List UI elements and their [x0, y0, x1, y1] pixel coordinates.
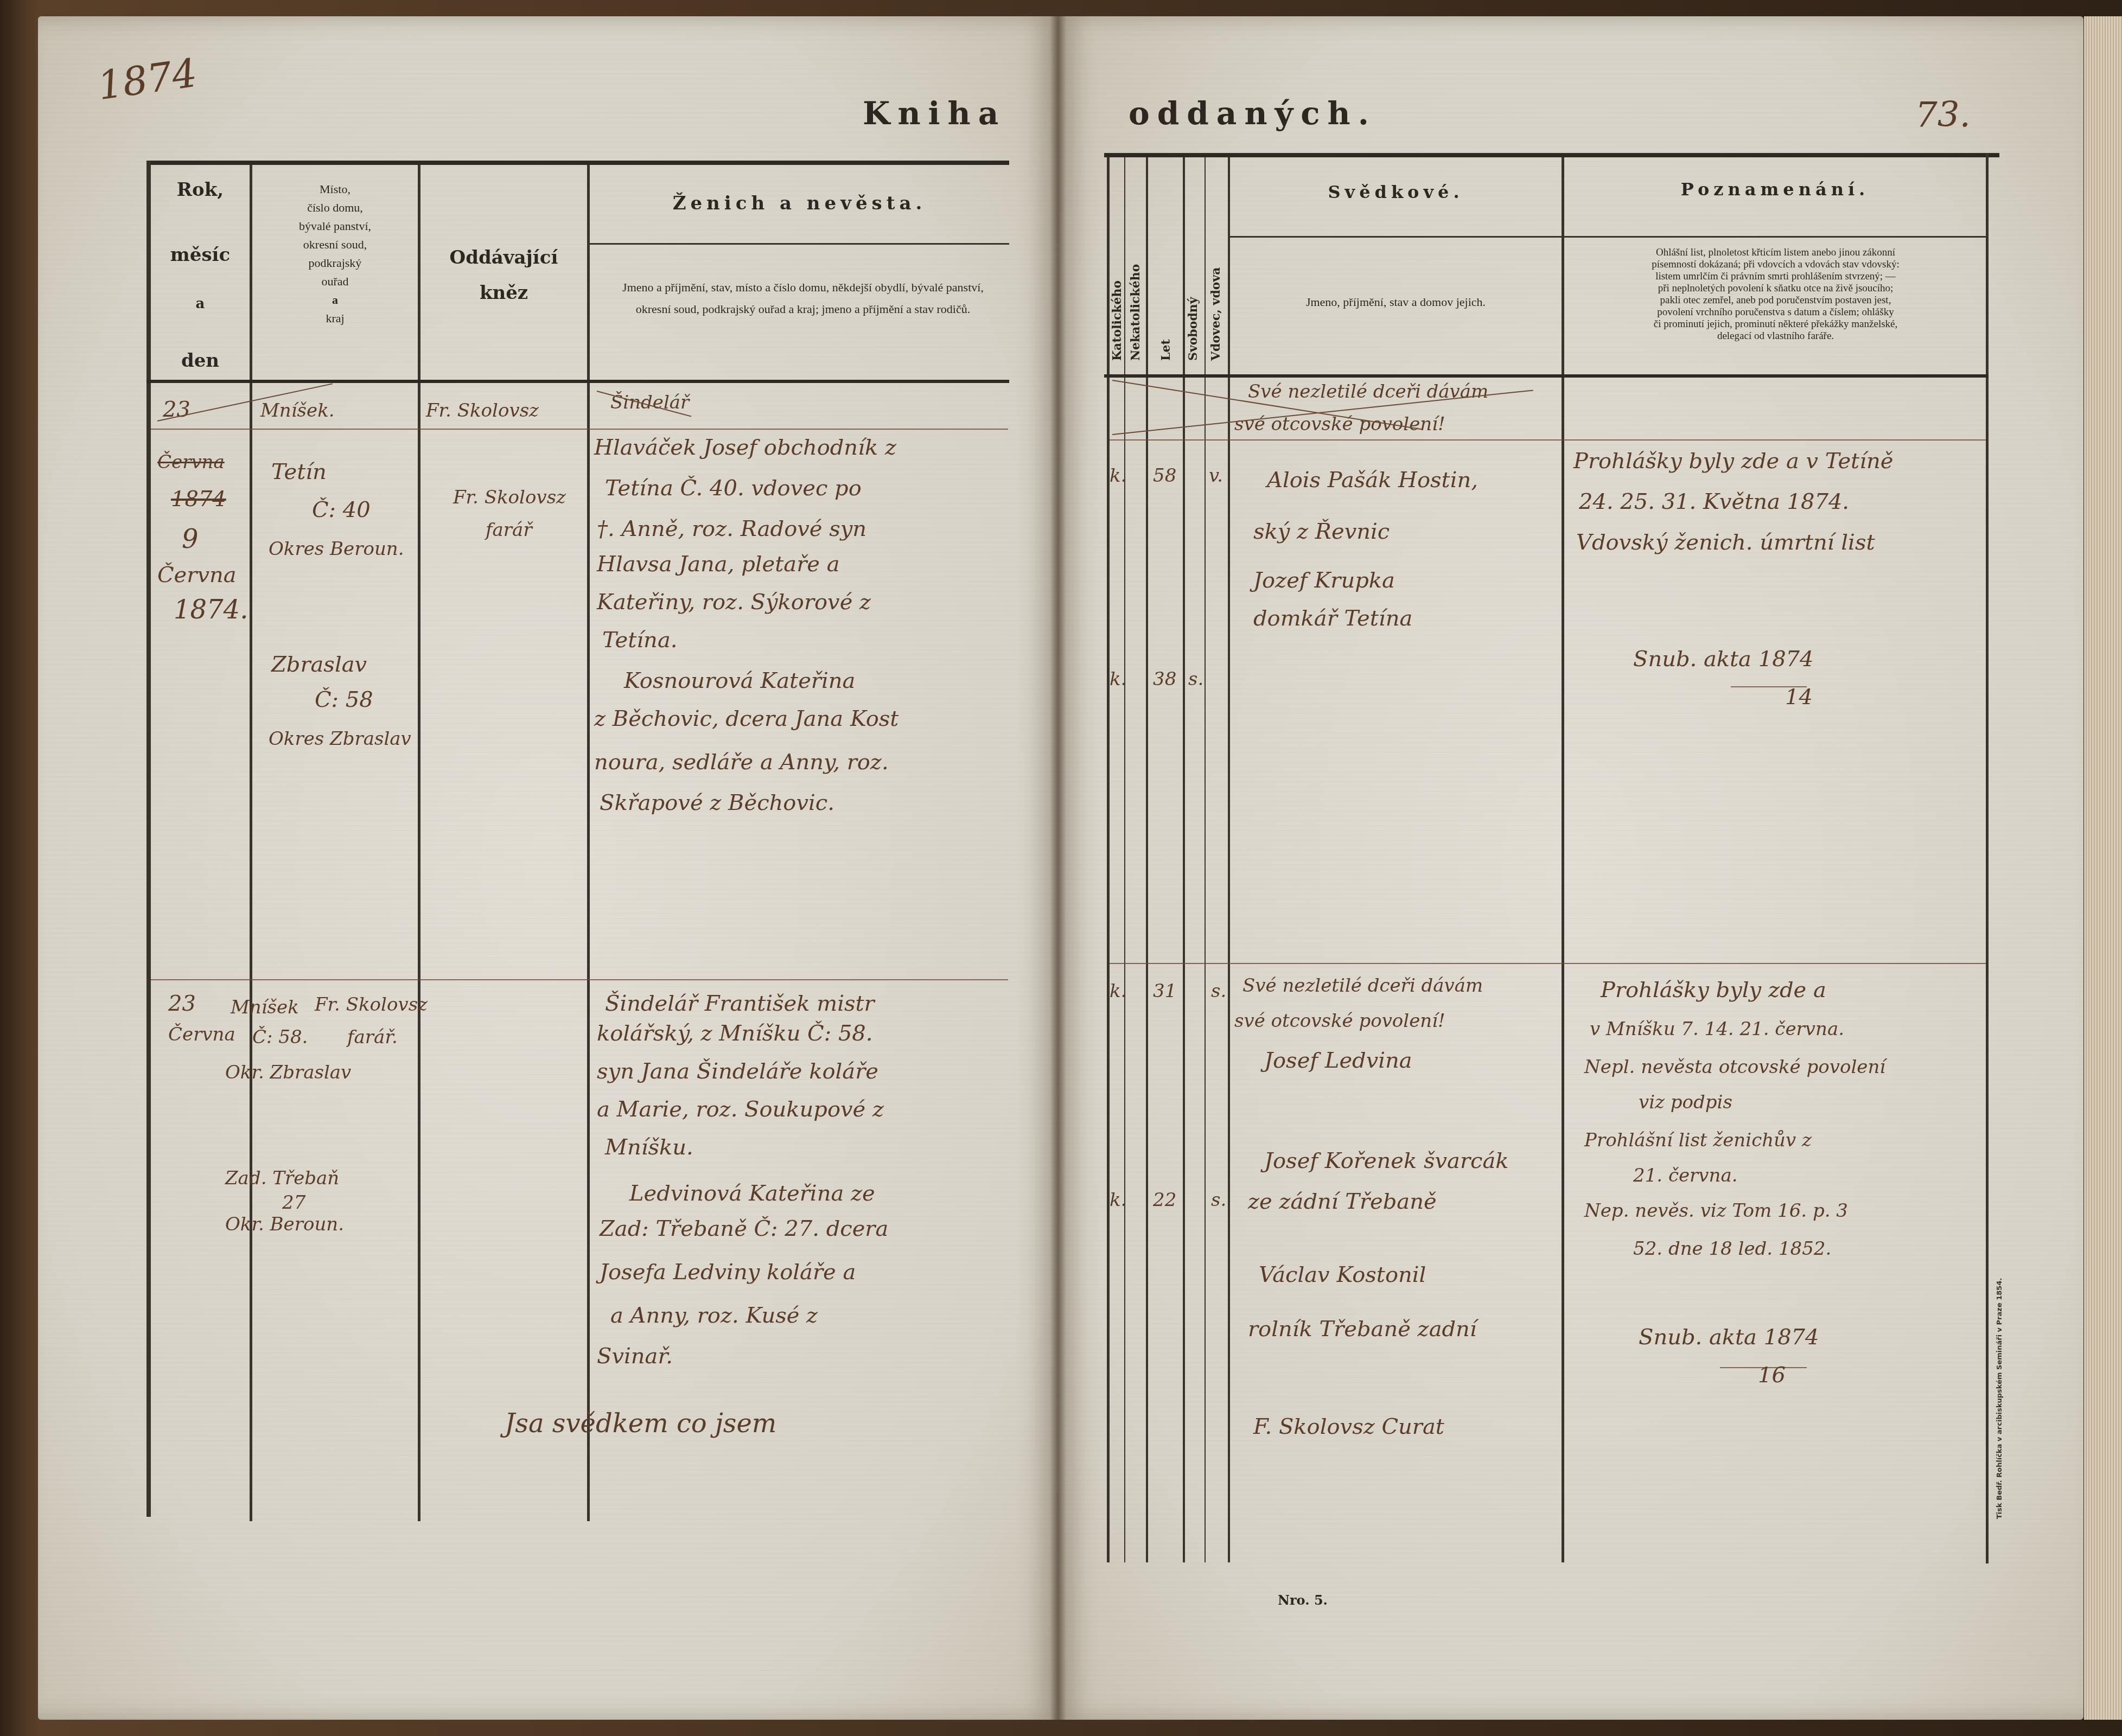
cancelled-row-rule-right: [1110, 439, 1986, 441]
record2-priest-name: Fr. Skolovsz: [315, 995, 428, 1014]
record-divider-right: [1110, 963, 1986, 964]
note-line: Nep. nevěs. viz Tom 16. p. 3: [1584, 1202, 1848, 1220]
registry-reference: Snub. akta 1874: [1639, 1326, 1819, 1348]
header-katolickeho: Katolického: [1110, 280, 1124, 361]
col-divider: [1562, 157, 1564, 1562]
groom-text-line: Mníšku.: [605, 1137, 693, 1158]
header-vdovec-vdova: Vdovec, vdova: [1209, 267, 1223, 361]
record-divider: [151, 979, 1008, 980]
record2-groom-district: Okr. Zbraslav: [225, 1063, 351, 1082]
record1-priest-name: Fr. Skolovsz: [453, 488, 566, 507]
registry-number: 16: [1758, 1364, 1786, 1386]
header-den: den: [151, 350, 250, 372]
record1-priest-title: farář: [486, 521, 532, 539]
record1-struck-year: 1874: [171, 488, 226, 510]
groom-text-line: Tetína Č. 40. vdovec po: [605, 477, 862, 499]
header-misto: Místo, číslo domu, bývalé panství, okres…: [252, 180, 418, 328]
bride-text-line: Kosnourová Kateřina: [624, 670, 855, 692]
col-divider: [250, 165, 252, 1521]
note-line: 52. dne 18 led. 1852.: [1633, 1240, 1831, 1258]
record2-groom-house: Č: 58.: [252, 1028, 308, 1046]
header-let: Let: [1159, 339, 1173, 361]
header-misto-line: bývalé panství,: [252, 217, 418, 235]
record2-bride-status: s.: [1211, 1191, 1226, 1209]
note-line: viz podpis: [1639, 1093, 1732, 1112]
witness-line: rolník Třebaně zadní: [1248, 1318, 1477, 1340]
header-svedkove-subtitle: Jmeno, příjmění, stav a domov jejich.: [1230, 293, 1562, 311]
record1-bride-village: Zbraslav: [271, 654, 367, 675]
record2-signature-note: Jsa svědkem co jsem: [505, 1410, 776, 1437]
bride-text-line: Skřapové z Běchovic.: [600, 792, 834, 814]
header-bottom-border-right: [1104, 374, 1989, 378]
title-right: oddaných.: [1129, 95, 1377, 132]
witness-line: své otcovské povolení!: [1234, 1012, 1445, 1030]
bride-text-line: noura, sedláře a Anny, roz.: [594, 751, 889, 773]
bride-text-line: Josefa Ledviny koláře a: [600, 1261, 856, 1283]
col-divider: [1107, 157, 1110, 1562]
table-top-border-right: [1104, 153, 1999, 157]
header-rok: Rok,: [151, 179, 250, 201]
header-mesic: měsíc: [151, 244, 250, 266]
note-line: Prohlášní list ženichův z: [1584, 1131, 1812, 1150]
title-left: Kniha: [863, 95, 1006, 132]
record2-groom-village: Mníšek: [231, 998, 299, 1017]
note-line: Vdovský ženich. úmrtní list: [1576, 532, 1875, 553]
table-right-border: [1986, 153, 1989, 1563]
header-misto-line: Místo,: [252, 180, 418, 199]
witness-line: ze zádní Třebaně: [1248, 1191, 1437, 1212]
page-edges: [2084, 16, 2122, 1720]
witness-line: Své nezletilé dceři dávám: [1242, 976, 1483, 995]
record1-year: 1874.: [174, 597, 248, 623]
record2-groom-age: 31: [1153, 982, 1176, 1000]
record2-bride-age: 22: [1153, 1191, 1176, 1209]
priest-signature: F. Skolovsz Curat: [1253, 1416, 1444, 1438]
record1-bride-house: Č: 58: [315, 689, 373, 711]
witness-line: ský z Řevnic: [1253, 521, 1390, 542]
record1-groom-village: Tetín: [271, 461, 327, 483]
header-knez: kněz: [420, 282, 587, 304]
header-misto-line: kraj: [252, 309, 418, 328]
note-line: 21. června.: [1633, 1166, 1737, 1185]
groom-text-line: Hlaváček Josef obchodník z: [594, 437, 896, 458]
cancelled-priest: Fr. Skolovsz: [426, 401, 539, 420]
header-misto-line: okresní soud,: [252, 235, 418, 254]
bride-text-line: Svinař.: [597, 1345, 673, 1367]
instruction-line: delegací od vlastního faráře.: [1571, 330, 1980, 342]
note-line: Nepl. nevěsta otcovské povolení: [1584, 1058, 1885, 1076]
record1-groom-house: Č: 40: [312, 499, 371, 521]
note-line: 24. 25. 31. Května 1874.: [1579, 491, 1849, 513]
witness-line: Jozef Krupka: [1253, 570, 1395, 591]
record1-day: 9: [182, 526, 199, 552]
bride-text-line: Ledvinová Kateřina ze: [629, 1183, 875, 1204]
header-misto-line: číslo domu,: [252, 199, 418, 217]
bride-text-line: z Běchovic, dcera Jana Kost: [594, 708, 898, 730]
instruction-line: povolení vrchního poručenstva s datum a …: [1571, 307, 1980, 318]
record2-bride-district: Okr. Beroun.: [225, 1215, 344, 1234]
groom-text-line: syn Jana Šindeláře koláře: [597, 1061, 878, 1082]
header-zenich-a-nevesta: Ženich a nevěsta.: [590, 193, 1009, 214]
left-page: [38, 16, 1058, 1720]
cancelled-row-rule: [151, 429, 1008, 430]
cancelled-groom: Šindelář: [610, 393, 689, 412]
book-gutter: [1050, 16, 1066, 1720]
witness-line: Josef Kořenek švarcák: [1264, 1150, 1509, 1172]
cancelled-place: Mníšek.: [260, 401, 335, 420]
record2-groom-religion: k.: [1110, 982, 1126, 1000]
groom-text-line: Tetína.: [602, 629, 677, 651]
record1-bride-district: Okres Zbraslav: [269, 730, 411, 748]
bride-text-line: Zad: Třebaně Č: 27. dcera: [600, 1218, 888, 1240]
record2-bride-village: Zad. Třebaň: [225, 1169, 339, 1188]
record1-groom-religion: k.: [1110, 467, 1126, 485]
printer-imprint: Tisk Bedř. Rohlíčka v arcibiskupském Sem…: [1996, 1278, 2004, 1519]
header-poznamenani: Poznamenání.: [1564, 179, 1986, 200]
instruction-line: pakli otec zemřel, aneb pod poručenstvím…: [1571, 295, 1980, 307]
registry-number: 14: [1785, 686, 1813, 708]
table-top-border: [146, 161, 1009, 165]
record2-day: 23: [168, 993, 196, 1014]
col-divider: [418, 165, 420, 1521]
header-svedkove: Svědkové.: [1230, 182, 1562, 202]
record2-groom-status: s.: [1211, 982, 1226, 1000]
record1-bride-status: s.: [1188, 670, 1203, 688]
instruction-line: listem umrlčím či právním smrti prohláše…: [1571, 271, 1980, 283]
record2-month: Června: [168, 1025, 235, 1044]
registry-reference: Snub. akta 1874: [1633, 648, 1813, 670]
record1-struck-month: Června: [157, 453, 225, 471]
header-svobodny: Svobodný: [1186, 297, 1200, 361]
note-line: v Mníšku 7. 14. 21. června.: [1590, 1020, 1844, 1038]
header-subrule: [589, 243, 1009, 245]
note-line: Prohlášky byly zde a: [1601, 979, 1826, 1001]
col-divider: [1124, 157, 1125, 1562]
record2-priest-title: farář.: [347, 1028, 398, 1046]
record1-groom-status: v.: [1209, 467, 1223, 485]
col-divider: [1205, 157, 1206, 1562]
col-divider: [1146, 157, 1148, 1562]
record2-bride-house: 27: [282, 1193, 305, 1212]
record1-groom-district: Okres Beroun.: [269, 540, 404, 558]
form-number: Nro. 5.: [1278, 1592, 1328, 1608]
header-bottom-border: [146, 380, 1009, 383]
header-zenich-subtitle: Jmeno a příjmění, stav, místo a číslo do…: [608, 277, 998, 320]
record1-month: Června: [157, 564, 237, 586]
instruction-line: při neplnoletých povolení k sňatku otce …: [1571, 283, 1980, 295]
page-number: 73.: [1915, 98, 1971, 132]
table-left-border: [146, 161, 151, 1517]
witness-line: Václav Kostonil: [1259, 1264, 1426, 1286]
instruction-line: písemností dokázaná; při vdovcích a vdov…: [1571, 259, 1980, 271]
groom-text-line: Kateřiny, roz. Sýkorové z: [597, 591, 871, 613]
instruction-line: či prominutí jejich, prominutí některé p…: [1571, 318, 1980, 330]
col-divider: [587, 165, 590, 1521]
header-nekatolickeho: Nekatolického: [1129, 264, 1143, 361]
header-misto-line: podkrajský: [252, 254, 418, 272]
col-divider: [1228, 157, 1230, 1562]
witness-line: Josef Ledvina: [1264, 1050, 1412, 1071]
note-line: Prohlášky byly zde a v Tetíně: [1573, 450, 1893, 472]
record1-groom-age: 58: [1153, 467, 1176, 485]
groom-text-line: †. Anně, roz. Radové syn: [597, 518, 866, 540]
instruction-line: Ohlášní list, plnoletost křticím listem …: [1571, 247, 1980, 259]
witness-line: Alois Pašák Hostin,: [1267, 469, 1478, 491]
record2-bride-religion: k.: [1110, 1191, 1126, 1209]
header-misto-line: ouřad: [252, 272, 418, 291]
record1-bride-religion: k.: [1110, 670, 1126, 688]
header-poznamenani-instructions: Ohlášní list, plnoletost křticím listem …: [1571, 247, 1980, 342]
witness-line: domkář Tetína: [1253, 608, 1412, 629]
groom-text-line: Hlavsa Jana, pletaře a: [597, 553, 839, 575]
groom-text-line: kolářský, z Mníšku Č: 58.: [597, 1023, 873, 1044]
header-subrule: [1230, 236, 1986, 238]
col-divider: [1183, 157, 1185, 1562]
header-oddavajici: Oddávající: [420, 247, 587, 269]
header-a: a: [151, 296, 250, 312]
groom-text-line: a Marie, roz. Soukupové z: [597, 1099, 884, 1120]
header-misto-line: a: [252, 291, 418, 309]
groom-text-line: Šindelář František mistr: [605, 993, 875, 1014]
record1-bride-age: 38: [1153, 670, 1176, 688]
bride-text-line: a Anny, roz. Kusé z: [610, 1305, 818, 1326]
